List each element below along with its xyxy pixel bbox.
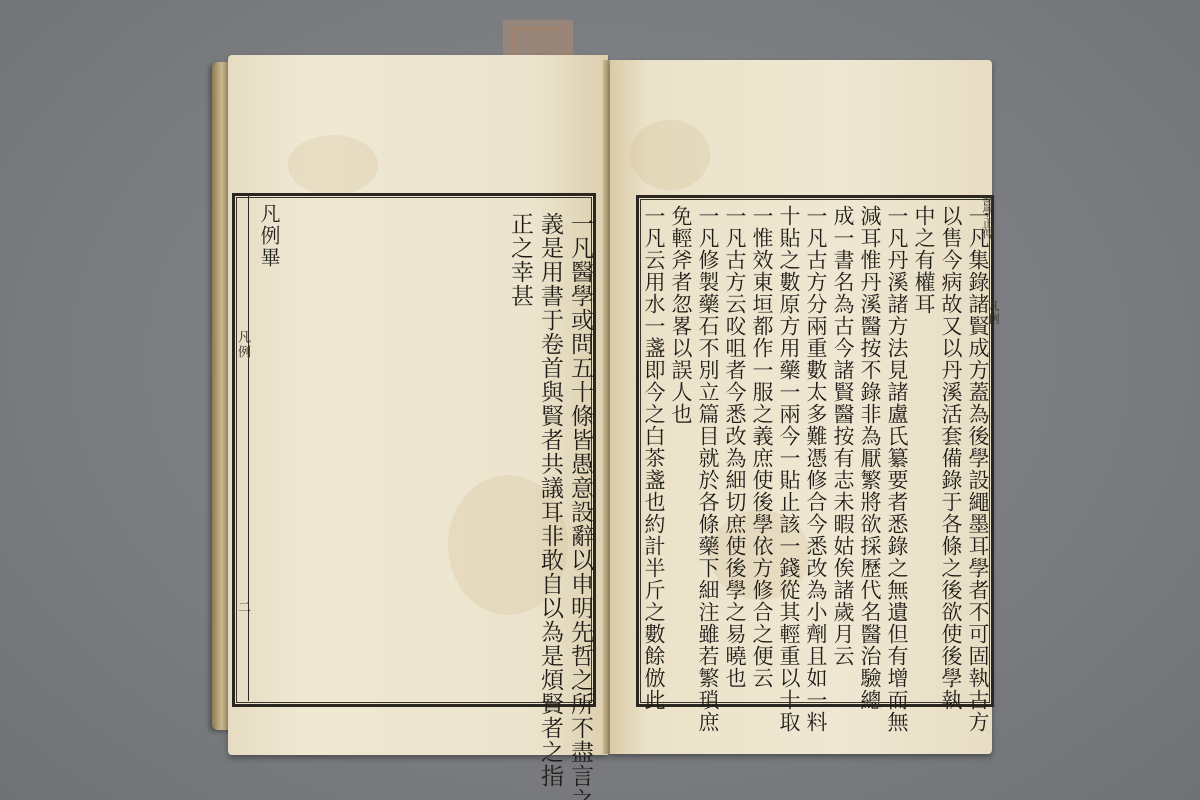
text-column: 減耳惟丹溪醫按不錄非為厭繁將欲採歷代名醫治驗總 [856,205,883,695]
text-column: 以售今病故又以丹溪活套備錄于各條之後欲使後學執 [937,205,964,695]
left-margin-rule [248,196,249,701]
text-column: 免輕斧者忽畧以誤人也 [667,205,694,695]
left-page-text-columns: 一凡醫學或問五十條皆愚意設辭以申明先哲之所不盡言之 義是用書于卷首與賢者共議耳非… [505,212,595,692]
text-column: 一惟效東垣都作一服之義庶使後學依方修合之便云 [748,205,775,695]
text-column: 一凡丹溪諸方法見諸盧氏纂要者悉錄之無遺但有增而無 [883,205,910,695]
text-column: 十貼之數原方用藥一兩今一貼止該一錢從其輕重以十取 [775,205,802,695]
text-column: 中之有權耳 [910,205,937,695]
text-column: 一凡修製藥石不別立篇目就於各條藥下細注雖若繁瑣庶 [694,205,721,695]
right-page-text-columns: 一凡集錄諸賢成方蓋為後學設繩墨耳學者不可固執古方 以售今病故又以丹溪活套備錄于各… [640,205,991,695]
text-column: 義是用書于卷首與賢者共議耳非敢自以為是煩賢者之指 [535,212,565,692]
text-column: 一凡古方云㕮咀者今悉改為細切庶使後學之易曉也 [721,205,748,695]
left-margin-page-number: 二 [233,600,252,615]
text-column: 一凡云用水一盞即今之白茶盞也約計半斤之數餘倣此 [640,205,667,695]
text-column: 一凡醫學或問五十條皆愚意設辭以申明先哲之所不盡言之 [565,212,595,692]
left-margin-label: 凡例 [233,330,252,360]
text-column: 一凡集錄諸賢成方蓋為後學設繩墨耳學者不可固執古方 [964,205,991,695]
text-column: 正之幸甚 [505,212,535,692]
text-column: 一凡古方分兩重數太多難憑修合今悉改為小劑且如一料 [802,205,829,695]
text-column: 成一書名為古今諸賢醫按有志未暇姑俟諸歲月云 [829,205,856,695]
section-end-label: 凡例畢 [255,203,284,269]
